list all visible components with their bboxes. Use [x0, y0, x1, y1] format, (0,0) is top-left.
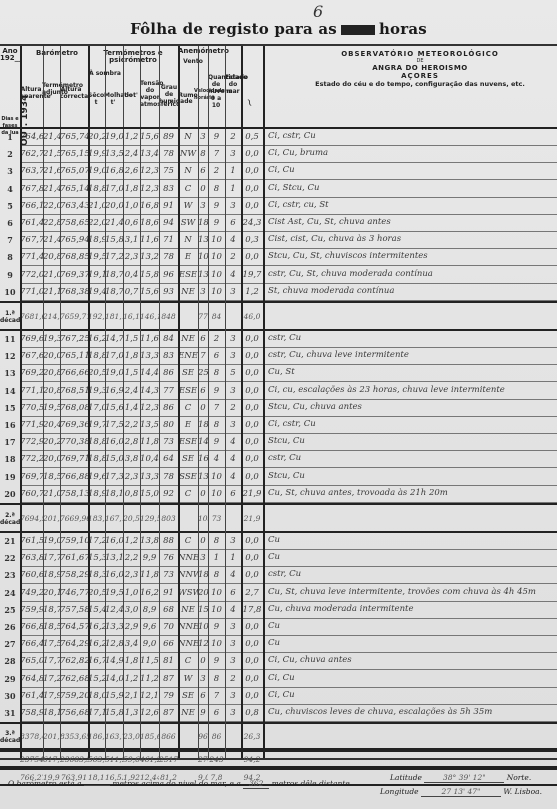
- cell-alt-cor: 766,66: [60, 368, 88, 378]
- cell-observation: Stcu, Cu, chuva antes: [268, 402, 362, 412]
- cell-molh: 15,0: [105, 454, 123, 464]
- cell-term: 21,4: [43, 132, 60, 142]
- cell-nuv: 2: [208, 334, 225, 344]
- summary-alt-ap: 7681,60: [20, 312, 43, 321]
- cell-alt-cor: 756,68: [60, 708, 88, 718]
- cell-vel: 25: [198, 368, 208, 378]
- table-row: 30761,4017,9759,2018,015,92,112,179SE673…: [0, 688, 557, 705]
- barometer-note: O barómetro está a metros acima do nivel…: [8, 779, 352, 789]
- cell-vel: 10: [198, 252, 208, 262]
- cell-tensao: 11,2: [140, 674, 159, 684]
- summary-alt-ap: 7694,50: [20, 514, 43, 523]
- cell-molh: 16,0: [105, 437, 123, 447]
- cell-tensao: 13,5: [140, 420, 159, 430]
- cell-hum: 78: [159, 472, 178, 482]
- day-number: 31: [0, 708, 20, 718]
- cell-term: 21,4: [43, 235, 60, 245]
- summary-nuv: 73: [208, 514, 225, 523]
- column-divider: [241, 46, 243, 758]
- summary-diff: 20,5: [123, 514, 140, 523]
- cell-diff: 0,8: [123, 489, 140, 499]
- column-divider: [208, 46, 209, 758]
- cell-molh: 19,0: [105, 132, 123, 142]
- cell-alt-ap: 772,90: [20, 437, 43, 447]
- cell-tensao: 12,3: [140, 184, 159, 194]
- cell-alt-cor: 757,58: [60, 605, 88, 615]
- longitude-value: 27 13' 47": [421, 787, 501, 797]
- day-number: 24: [0, 588, 20, 598]
- cell-tensao: 13,3: [140, 472, 159, 482]
- day-number: 23: [0, 570, 20, 580]
- cell-alt-ap: 771,40: [20, 252, 43, 262]
- cell-observation: Ci, Cu, bruma: [268, 148, 328, 158]
- cell-mar: 3: [225, 639, 241, 649]
- cell-rumo: ESE: [178, 437, 198, 447]
- cell-hum: 79: [159, 691, 178, 701]
- cell-term: 19,0: [43, 536, 60, 546]
- cell-mar: 3: [225, 334, 241, 344]
- cell-term: 20,1: [43, 588, 60, 598]
- cell-seco: 19,9: [88, 149, 105, 159]
- cell-diff: 3,8: [123, 454, 140, 464]
- cell-diff: 2,6: [123, 166, 140, 176]
- cell-alt-cor: 765,07: [60, 166, 88, 176]
- summary-seco: 183,6: [88, 514, 105, 523]
- decade-label: 2.ª década: [0, 512, 20, 526]
- summary-term: 201,5: [43, 514, 60, 523]
- cell-term: 17,7: [43, 656, 60, 666]
- cell-vel: 3: [198, 287, 208, 297]
- table-row: 6761,4522,8758,6522,021,40,618,694SW1896…: [0, 215, 557, 232]
- cell-vel: 8: [198, 149, 208, 159]
- cell-hum: 77: [159, 386, 178, 396]
- cell-term: 18,9: [43, 570, 60, 580]
- table-row: 8771,4020,8768,8519,517,22,313,278E10102…: [0, 249, 557, 266]
- cell-hum: 84: [159, 334, 178, 344]
- summary-tensao: 185,6: [140, 732, 159, 741]
- cell-diff: 1,5: [123, 334, 140, 344]
- day-number: 8: [0, 252, 20, 262]
- cell-molh: 15,9: [105, 691, 123, 701]
- cell-molh: 17,5: [105, 420, 123, 430]
- day-number: 14: [0, 386, 20, 396]
- cell-mar: 3: [225, 201, 241, 211]
- summary-nuv: 84: [208, 312, 225, 321]
- day-number: 1: [0, 132, 20, 142]
- cell-tensao: 11,6: [140, 334, 159, 344]
- cell-alt-cor: 759,20: [60, 691, 88, 701]
- cell-alt-ap: 762,75: [20, 149, 43, 159]
- cell-vel: 6: [198, 691, 208, 701]
- cell-alt-cor: 758,29: [60, 570, 88, 580]
- cell-diff: 0,6: [123, 218, 140, 228]
- cell-nuv: 10: [208, 287, 225, 297]
- cell-alt-ap: 766,80: [20, 622, 43, 632]
- cell-alt-ap: 771,10: [20, 386, 43, 396]
- cell-tensao: 11,8: [140, 437, 159, 447]
- cell-tensao: 12,6: [140, 708, 159, 718]
- cell-hum: 86: [159, 403, 178, 413]
- cell-observation: Ci, Cu: [268, 165, 295, 175]
- cell-tensao: 8,9: [140, 605, 159, 615]
- cell-nuv: 9: [208, 437, 225, 447]
- cell-observation: Cu, St: [268, 367, 295, 377]
- cell-hum: 91: [159, 201, 178, 211]
- header-mar: Estado do mar: [225, 74, 241, 95]
- cell-chuva: 0,0: [241, 166, 263, 176]
- cell-alt-ap: 761,45: [20, 218, 43, 228]
- cell-seco: 19,5: [88, 252, 105, 262]
- cell-molh: 19,0: [105, 368, 123, 378]
- summary-molh: 167,1: [105, 514, 123, 523]
- cell-mar: 1: [225, 166, 241, 176]
- cell-alt-ap: 761,40: [20, 691, 43, 701]
- cell-nuv: 9: [208, 622, 225, 632]
- cell-vel: 15: [198, 605, 208, 615]
- cell-vel: 3: [198, 553, 208, 563]
- cell-rumo: SE: [178, 454, 198, 464]
- cell-term: 21,4: [43, 184, 60, 194]
- cell-seco: 16,7: [88, 656, 105, 666]
- summary-chuva: 21,9: [241, 514, 263, 523]
- cell-tensao: 9,9: [140, 553, 159, 563]
- cell-rumo: E: [178, 420, 198, 430]
- cell-rumo: C: [178, 536, 198, 546]
- cell-alt-ap: 760,60: [20, 570, 43, 580]
- table-row: 17772,9020,2770,3818,816,02,811,873ESE14…: [0, 434, 557, 451]
- cell-rumo: E: [178, 252, 198, 262]
- cell-term: 21,5: [43, 149, 60, 159]
- day-number: 26: [0, 622, 20, 632]
- cell-chuva: 0,0: [241, 472, 263, 482]
- cell-chuva: 0,0: [241, 622, 263, 632]
- cell-seco: 19,3: [88, 386, 105, 396]
- table-row: 21761,5019,0759,1017,216,01,213,888C0830…: [0, 533, 557, 550]
- cell-chuva: 2,7: [241, 588, 263, 598]
- table-row: 10771,0021,1768,3819,418,70,715,693NE310…: [0, 284, 557, 301]
- cell-term: 21,1: [43, 287, 60, 297]
- cell-observation: Ci, Cu: [268, 673, 295, 683]
- header-diff: t—t': [122, 92, 140, 99]
- cell-observation: Cu: [268, 621, 280, 631]
- cell-rumo: W: [178, 674, 198, 684]
- table-row: 15770,5019,5768,0817,015,61,412,386C0720…: [0, 400, 557, 417]
- cell-chuva: 0,0: [241, 553, 263, 563]
- summary-molh: 511,9: [105, 755, 123, 764]
- cell-alt-cor: 769,71: [60, 454, 88, 464]
- cell-alt-cor: 763,43: [60, 201, 88, 211]
- cell-alt-cor: 758,13: [60, 489, 88, 499]
- summary-row: 3.ª década8378,40201,68353,65186,7163,72…: [0, 722, 557, 750]
- table-row: 3763,7521,6765,0719,016,82,612,375N6210,…: [0, 163, 557, 180]
- cell-nuv: 10: [208, 489, 225, 499]
- cell-term: 18,5: [43, 472, 60, 482]
- summary-tensao: 129,5: [140, 514, 159, 523]
- cell-seco: 18,9: [88, 489, 105, 499]
- cell-diff: 1,8: [123, 351, 140, 361]
- cell-alt-cor: 765,94: [60, 235, 88, 245]
- table-row: 14771,1020,8768,5119,316,92,414,377ESE69…: [0, 383, 557, 400]
- cell-chuva: 21,9: [241, 489, 263, 499]
- decade-label: 1.ª década: [0, 310, 20, 324]
- cell-alt-cor: 759,10: [60, 536, 88, 546]
- header-vento: Vento: [178, 58, 208, 65]
- cell-term: 17,9: [43, 691, 60, 701]
- cell-hum: 76: [159, 553, 178, 563]
- cell-alt-ap: 761,50: [20, 536, 43, 546]
- summary-alt-cor: 8353,65: [60, 732, 88, 741]
- cell-chuva: 0,3: [241, 235, 263, 245]
- day-number: 18: [0, 454, 20, 464]
- section-divider: [0, 750, 557, 752]
- cell-hum: 73: [159, 570, 178, 580]
- cell-term: 17,7: [43, 553, 60, 563]
- cell-observation: Ci, Cu, chuva antes: [268, 655, 352, 665]
- table-row: 19769,7018,5766,8819,617,32,313,378SSE13…: [0, 469, 557, 486]
- day-number: 4: [0, 184, 20, 194]
- section-divider: [0, 301, 557, 303]
- cell-hum: 70: [159, 622, 178, 632]
- cell-nuv: 8: [208, 674, 225, 684]
- cell-observation: cstr, Cu, St, chuva moderada contínua: [268, 269, 433, 279]
- summary-molh: 181,1: [105, 312, 123, 321]
- cell-diff: 1,2: [123, 536, 140, 546]
- cell-term: 22,0: [43, 201, 60, 211]
- cell-molh: 15,8: [105, 708, 123, 718]
- cell-molh: 17,3: [105, 472, 123, 482]
- cell-tensao: 15,0: [140, 489, 159, 499]
- table-row: 9772,0021,0769,3719,118,70,415,896ESE131…: [0, 267, 557, 284]
- table-row: 29764,8017,2762,6815,214,01,211,287W3820…: [0, 671, 557, 688]
- cell-tensao: 10,4: [140, 454, 159, 464]
- summary-vel: 77: [198, 312, 208, 321]
- cell-chuva: 24,3: [241, 218, 263, 228]
- cell-term: 20,0: [43, 351, 60, 361]
- cell-molh: 21,4: [105, 218, 123, 228]
- summary-diff: 23,0: [123, 732, 140, 741]
- table-row: 27766,4517,5764,2916,212,83,49,066NNE121…: [0, 636, 557, 653]
- cell-seco: 18,8: [88, 184, 105, 194]
- summary-molh: 163,7: [105, 732, 123, 741]
- cell-rumo: N: [178, 235, 198, 245]
- day-number: 30: [0, 691, 20, 701]
- redaction-blot: [341, 25, 375, 35]
- cell-chuva: 0,0: [241, 454, 263, 464]
- cell-chuva: 0,0: [241, 691, 263, 701]
- summary-nuv: 86: [208, 732, 225, 741]
- cell-alt-ap: 764,80: [20, 674, 43, 684]
- cell-alt-cor: 770,38: [60, 437, 88, 447]
- cell-rumo: C: [178, 184, 198, 194]
- cell-observation: Ci, Cu: [268, 690, 295, 700]
- cell-term: 20,8: [43, 252, 60, 262]
- cell-diff: 2,4: [123, 386, 140, 396]
- cell-mar: 3: [225, 622, 241, 632]
- cell-alt-cor: 767,25: [60, 334, 88, 344]
- summary-term: 617,8: [43, 755, 60, 764]
- cell-observation: Cu: [268, 638, 280, 648]
- cell-alt-ap: 767,80: [20, 184, 43, 194]
- cell-diff: 2,3: [123, 252, 140, 262]
- cell-diff: 2,1: [123, 691, 140, 701]
- cell-mar: 4: [225, 605, 241, 615]
- cell-seco: 21,0: [88, 201, 105, 211]
- cell-nuv: 10: [208, 472, 225, 482]
- cell-seco: 18,8: [88, 351, 105, 361]
- summary-seco: 186,7: [88, 732, 105, 741]
- cell-mar: 2: [225, 132, 241, 142]
- cell-diff: 1,8: [123, 656, 140, 666]
- cell-alt-ap: 771,90: [20, 420, 43, 430]
- cell-molh: 14,9: [105, 656, 123, 666]
- cell-observation: Ci, cstr, Cu: [268, 131, 316, 141]
- cell-nuv: 8: [208, 184, 225, 194]
- cell-alt-ap: 765,00: [20, 656, 43, 666]
- summary-term: 201,6: [43, 732, 60, 741]
- cell-vel: 3: [198, 674, 208, 684]
- cell-observation: Cu, chuviscos leves de chuva, escalações…: [268, 707, 492, 717]
- cell-rumo: NNW: [178, 570, 198, 580]
- cell-diff: 1,0: [123, 588, 140, 598]
- summary-tensao: 146,1: [140, 312, 159, 321]
- cell-alt-ap: 758,90: [20, 708, 43, 718]
- cell-diff: 1,5: [123, 368, 140, 378]
- cell-term: 18,7: [43, 605, 60, 615]
- column-divider: [263, 46, 265, 758]
- cell-nuv: 10: [208, 605, 225, 615]
- day-number: 25: [0, 605, 20, 615]
- cell-hum: 75: [159, 166, 178, 176]
- year-label: Ano 192__: [0, 48, 20, 62]
- column-divider: [159, 46, 160, 758]
- cell-term: 20,8: [43, 368, 60, 378]
- cell-observation: Cu, chuva moderada intermitente: [268, 604, 414, 614]
- cell-rumo: NW: [178, 149, 198, 159]
- summary-vel: 96: [198, 732, 208, 741]
- table-row: 13769,2520,8766,6620,519,01,514,486SE258…: [0, 365, 557, 382]
- cell-rumo: NE: [178, 708, 198, 718]
- summary-term: 214,7: [43, 312, 60, 321]
- cell-observation: Ci, cstr, cu, St: [268, 200, 329, 210]
- cell-alt-ap: 763,75: [20, 166, 43, 176]
- cell-term: 20,0: [43, 454, 60, 464]
- day-number: 17: [0, 437, 20, 447]
- summary-row: 23754,50617,823683,32563,1511,959,6461,2…: [0, 750, 557, 768]
- cell-alt-ap: 772,20: [20, 454, 43, 464]
- day-number: 27: [0, 639, 20, 649]
- cell-seco: 16,2: [88, 334, 105, 344]
- cell-hum: 93: [159, 287, 178, 297]
- cell-tensao: 14,3: [140, 386, 159, 396]
- cell-nuv: 7: [208, 149, 225, 159]
- cell-molh: 17,0: [105, 351, 123, 361]
- cell-seco: 18,0: [88, 691, 105, 701]
- cell-seco: 16,2: [88, 639, 105, 649]
- cell-chuva: 0,0: [241, 368, 263, 378]
- cell-alt-cor: 768,38: [60, 287, 88, 297]
- cell-seco: 22,0: [88, 218, 105, 228]
- cell-mar: 6: [225, 588, 241, 598]
- cell-mar: 3: [225, 656, 241, 666]
- cell-term: 17,2: [43, 674, 60, 684]
- table-row: 31758,9018,1756,6817,115,81,312,687NE963…: [0, 705, 557, 722]
- cell-tensao: 11,5: [140, 656, 159, 666]
- cell-vel: 16: [198, 454, 208, 464]
- cell-alt-ap: 763,85: [20, 553, 43, 563]
- register-sheet: 6 Fôlha de registo para ashoras Ano 192_…: [0, 0, 557, 809]
- cell-vel: 13: [198, 235, 208, 245]
- cell-molh: 13,3: [105, 622, 123, 632]
- cell-alt-cor: 768,08: [60, 403, 88, 413]
- cell-hum: 66: [159, 639, 178, 649]
- cell-tensao: 13,8: [140, 536, 159, 546]
- cell-vel: 6: [198, 166, 208, 176]
- day-number: 3: [0, 166, 20, 176]
- cell-mar: 4: [225, 570, 241, 580]
- summary-chuva: 26,3: [241, 732, 263, 741]
- observatory-stamp: OBSERVATÓRIO METEOROLÓGICO DE ANGRA DO H…: [300, 50, 540, 88]
- cell-vel: 12: [198, 639, 208, 649]
- cell-vel: 14: [198, 437, 208, 447]
- cell-molh: 14,0: [105, 674, 123, 684]
- header-anemometro: Anemómetro: [178, 48, 208, 55]
- cell-rumo: NNE: [178, 622, 198, 632]
- cell-rumo: SW: [178, 218, 198, 228]
- cell-tensao: 15,6: [140, 287, 159, 297]
- cell-alt-cor: 768,85: [60, 252, 88, 262]
- cell-hum: 94: [159, 218, 178, 228]
- column-divider: [43, 46, 44, 758]
- summary-hum: 866: [159, 732, 178, 741]
- distance-field: 362: [243, 779, 269, 789]
- day-number: 13: [0, 368, 20, 378]
- cell-mar: 6: [225, 489, 241, 499]
- summary-seco: 192,8: [88, 312, 105, 321]
- cell-mar: 4: [225, 472, 241, 482]
- cell-mar: 1: [225, 184, 241, 194]
- cell-nuv: 4: [208, 454, 225, 464]
- cell-tensao: 9,0: [140, 639, 159, 649]
- cell-rumo: ENE: [178, 351, 198, 361]
- header-estado-ceu: Estado do céu e do tempo, configuração d…: [300, 80, 540, 88]
- cell-hum: 78: [159, 252, 178, 262]
- cell-hum: 64: [159, 454, 178, 464]
- cell-nuv: 7: [208, 403, 225, 413]
- section-divider: [0, 722, 557, 724]
- table-row: 28765,0017,7762,8216,714,91,811,581C0930…: [0, 653, 557, 670]
- cell-term: 22,8: [43, 218, 60, 228]
- table-row: 7767,7021,4765,9418,915,83,111,671N13104…: [0, 232, 557, 249]
- cell-tensao: 13,4: [140, 149, 159, 159]
- header-termometro-adjunto: Termómetro adjunto: [42, 82, 60, 96]
- cell-molh: 15,8: [105, 235, 123, 245]
- summary-alt-cor: 23683,32: [60, 755, 88, 764]
- cell-alt-ap: 771,00: [20, 287, 43, 297]
- cell-diff: 2,3: [123, 570, 140, 580]
- cell-nuv: 10: [208, 252, 225, 262]
- cell-mar: 4: [225, 454, 241, 464]
- cell-alt-cor: 766,88: [60, 472, 88, 482]
- cell-diff: 1,3: [123, 708, 140, 718]
- cell-nuv: 7: [208, 691, 225, 701]
- table-row: 23760,6018,9758,2918,316,02,311,873NNW18…: [0, 567, 557, 584]
- cell-seco: 20,5: [88, 588, 105, 598]
- day-number: 16: [0, 420, 20, 430]
- cell-chuva: 19,7: [241, 270, 263, 280]
- cell-mar: 4: [225, 437, 241, 447]
- header-tensao: Tensão do vapor atmosférico: [140, 80, 160, 108]
- cell-hum: 96: [159, 270, 178, 280]
